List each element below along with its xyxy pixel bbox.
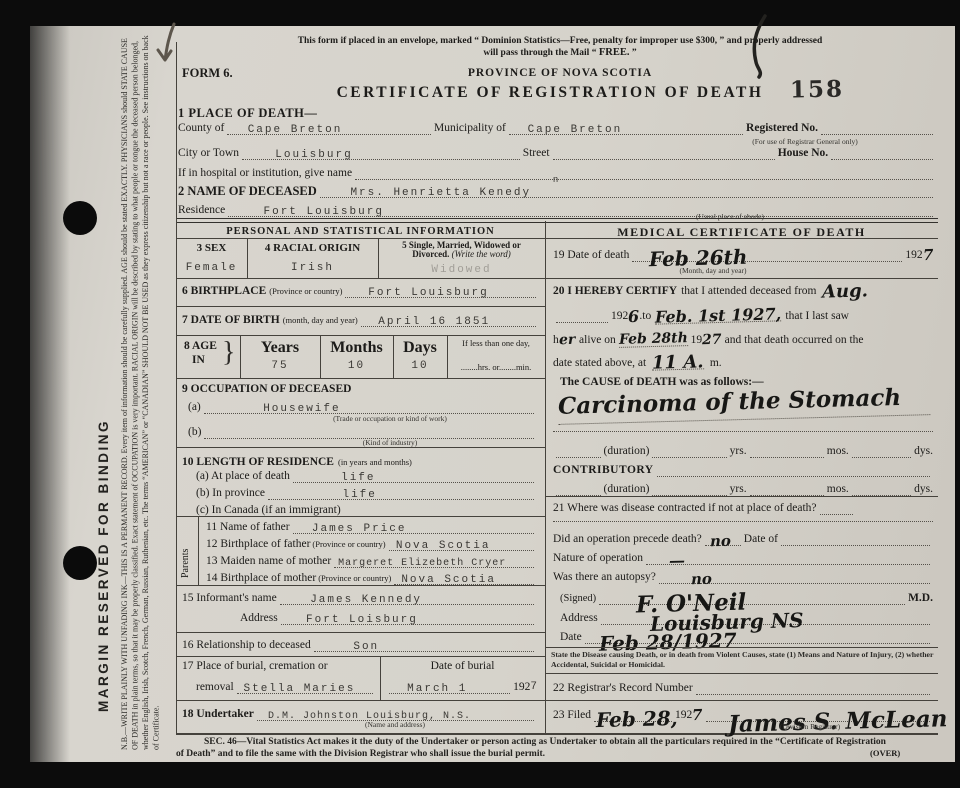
mail-notice-free: FREE. <box>599 47 630 58</box>
occupation-b-field <box>204 425 534 439</box>
relationship-label: 16 Relationship to deceased <box>182 639 311 652</box>
date-of-death-caption: (Month, day and year) <box>628 266 798 275</box>
father-birthplace-sublabel: (Province or country) <box>312 538 385 551</box>
residence-label: Residence <box>178 204 225 217</box>
residence-a-field: life <box>293 469 534 483</box>
residence-length-header: 10 LENGTH OF RESIDENCE (in years and mon… <box>182 452 412 470</box>
burial-year-printed: 192 <box>513 681 530 694</box>
less-than-day-label: If less than one day, <box>447 338 545 348</box>
row-line-674 <box>176 700 938 701</box>
row-line-606 <box>176 632 545 633</box>
dob-sublabel: (month, day and year) <box>283 314 358 327</box>
question21-label: 21 Where was disease contracted if not a… <box>553 502 817 515</box>
sec46-note: SEC. 46—Vital Statistics Act makes it th… <box>176 737 938 760</box>
burial-place-value: Stella Maries <box>244 683 356 696</box>
certify-year2-printed: 19 <box>691 334 703 347</box>
informant-address-field: Fort Loisburg <box>281 611 534 625</box>
years-value-text: 75 <box>271 360 288 372</box>
undertaker-row: 18 Undertaker D.M. Johnston Louisburg, N… <box>182 707 537 721</box>
county-label: County of <box>178 122 224 135</box>
physician-date-row: Date Feb 28/1927 <box>560 630 933 644</box>
duration2-label: (duration) <box>604 483 650 496</box>
mother-birthplace-sublabel: (Province or country) <box>318 572 391 585</box>
marital-value-text: Widowed <box>431 264 491 276</box>
father-birthplace-label: 12 Birthplace of father <box>206 538 310 551</box>
scanned-death-certificate: { "header": { "notice1": "This form if p… <box>0 0 960 788</box>
duration-row: (duration) yrs. mos. dys. <box>553 444 933 458</box>
burial-date-value: March 1 <box>407 683 467 696</box>
duration2-dots4 <box>852 482 911 496</box>
duration-dys-label: dys. <box>914 445 933 458</box>
street-label: Street <box>523 147 550 160</box>
duration2-yrs-label: yrs. <box>730 483 747 496</box>
occupation-a-label: (a) <box>188 401 201 414</box>
physician-date-label: Date <box>560 631 582 644</box>
certify-lastseen-date: Feb 28th <box>619 332 688 348</box>
certify-text2: that I last saw <box>785 310 849 323</box>
birthplace-sublabel: (Province or country) <box>269 285 342 298</box>
informant-value: James Kennedy <box>310 594 422 607</box>
operation-row: Did an operation precede death? no Date … <box>553 532 933 546</box>
filed-year-handwritten: 7 <box>692 709 703 722</box>
operation-date-field <box>781 532 930 546</box>
parents-divider <box>198 516 199 585</box>
duration-label: (duration) <box>604 445 650 458</box>
residence-c-row: (c) In Canada (if an immigrant) <box>196 503 537 517</box>
residence-b-row: (b) In province life <box>196 486 537 500</box>
residence-b-field: life <box>268 486 534 500</box>
municipality-field: Cape Breton <box>509 121 743 135</box>
contributory-row: CONTRIBUTORY <box>553 463 933 477</box>
occupation-b-row: (b) <box>188 425 537 439</box>
operation-label: Did an operation precede death? <box>553 533 702 546</box>
header-underline <box>176 238 938 239</box>
nature-field: — <box>646 551 930 565</box>
certify-text4: date stated above, at <box>553 357 646 370</box>
father-birthplace-value: Nova Scotia <box>396 540 491 553</box>
cause-extra-line <box>553 430 933 432</box>
signed-row: (Signed) F. O'Neil M.D. <box>560 591 933 605</box>
date-of-death-row: 19 Date of death Feb 26th 192 7 <box>553 248 933 262</box>
deceased-name-field: Mrs. Henrietta Kenedy n <box>320 184 933 198</box>
personal-info-header: PERSONAL AND STATISTICAL INFORMATION <box>176 226 545 237</box>
relationship-row: 16 Relationship to deceased Son <box>182 638 537 652</box>
informant-field: James Kennedy <box>280 591 534 605</box>
occupation-label: 9 OCCUPATION OF DECEASED <box>182 383 351 395</box>
death-year-printed: 192 <box>905 249 922 262</box>
question21-field <box>820 501 853 515</box>
residence-b-value: life <box>342 489 376 502</box>
city-row: City or Town Louisburg Street House No. <box>178 146 936 160</box>
nature-label: Nature of operation <box>553 552 643 565</box>
duration2-dys-label: dys. <box>914 483 933 496</box>
physician-address-field: Louisburg NS <box>601 611 930 625</box>
autopsy-row: Was there an autopsy? no <box>553 570 933 584</box>
date-of-death-value: Feb 26th <box>648 251 747 267</box>
autopsy-value: no <box>691 573 712 587</box>
age-brace: } <box>222 337 235 369</box>
residence-a-label: (a) At place of death <box>196 470 290 483</box>
mother-name-value: Margeret Elizebeth Cryer <box>338 557 506 570</box>
certify-year2-handwritten: 27 <box>702 334 722 348</box>
certify-line2-dots <box>556 309 608 323</box>
duration-dots1 <box>556 444 601 458</box>
signed-label: (Signed) <box>560 592 596 605</box>
operation-date-label: Date of <box>744 533 778 546</box>
relationship-field: Son <box>314 638 534 652</box>
margin-instructions-note: N.B.—WRITE PLAINLY WITH UNFADING INK—THI… <box>120 34 170 750</box>
autopsy-field: no <box>659 570 930 584</box>
residence-length-label: 10 LENGTH OF RESIDENCE <box>182 456 334 468</box>
sex-label: 3 SEX <box>176 242 247 254</box>
form-left-border <box>176 42 177 733</box>
residence-a-row: (a) At place of death life <box>196 469 537 483</box>
certificate-title: CERTIFICATE OF REGISTRATION OF DEATH <box>240 84 860 102</box>
physician-address-row: Address Louisburg NS <box>560 611 933 625</box>
city-field: Louisburg <box>242 146 520 160</box>
occupation-a-row: (a) Housewife <box>188 400 537 414</box>
sex-value: Female <box>176 257 247 275</box>
row-line-421 <box>176 447 545 448</box>
days-value-text: 10 <box>411 360 428 372</box>
row-line-630 <box>176 656 545 657</box>
age-label: 8 AGE <box>184 340 217 352</box>
certify-text1: that I attended deceased from <box>681 285 816 298</box>
row-line-252 <box>176 278 938 279</box>
mother-birthplace-row: 14 Birthplace of mother (Province or cou… <box>206 571 537 585</box>
burial-place-row: removal Stella Maries <box>196 680 376 694</box>
relationship-value: Son <box>353 641 379 654</box>
duration-dots2 <box>652 444 726 458</box>
county-row: County of Cape Breton Municipality of Ca… <box>178 121 936 135</box>
burial-label-line1: 17 Place of burial, cremation or <box>182 660 328 672</box>
informant-address-label: Address <box>240 612 278 625</box>
informant-label: 15 Informant's name <box>182 592 277 605</box>
deceased-name-correction: n <box>553 174 560 187</box>
injury-note: State the Disease causing Death, or in d… <box>551 650 935 669</box>
racial-origin-label: 4 RACIAL ORIGIN <box>247 242 378 254</box>
form-number: FORM 6. <box>182 66 233 81</box>
row-line-559 <box>176 585 545 586</box>
occupation-a-field: Housewife <box>204 400 534 414</box>
mail-notice-line2-prefix: will pass through the Mail “ <box>483 48 598 58</box>
question21-row: 21 Where was disease contracted if not a… <box>553 501 933 515</box>
burial-date-label: Date of burial <box>380 660 545 672</box>
mother-name-field: Margeret Elizebeth Cryer <box>334 554 534 568</box>
occupation-a-caption: (Trade or occupation or kind of work) <box>265 414 515 423</box>
municipality-label: Municipality of <box>434 122 506 135</box>
street-field <box>553 146 775 160</box>
birthplace-row: 6 BIRTHPLACE (Province or country) Fort … <box>182 284 539 298</box>
deceased-name-value: Mrs. Henrietta Kenedy <box>350 187 531 200</box>
months-value-text: 10 <box>348 360 365 372</box>
filed-row: 23 Filed Feb 28, 192 7 James S. McLean <box>553 708 933 722</box>
undertaker-caption: (Name and address) <box>305 720 485 729</box>
certify-alive-label: alive on <box>579 334 616 347</box>
duration-yrs-label: yrs. <box>730 445 747 458</box>
certify-hour-value: 11 A. <box>652 355 704 370</box>
deceased-name-label: 2 NAME OF DECEASED <box>178 185 317 198</box>
duration2-dots3 <box>750 482 824 496</box>
mail-notice-line1: This form if placed in an envelope, mark… <box>298 36 823 46</box>
racial-origin-value-text: Irish <box>291 262 334 274</box>
contributory-field <box>657 463 930 477</box>
mother-name-row: 13 Maiden name of mother Margeret Elizeb… <box>206 554 537 568</box>
burial-date-row: March 1 192 7 <box>386 680 539 694</box>
duration2-dots2 <box>652 482 726 496</box>
physician-address-label: Address <box>560 612 598 625</box>
father-name-field: James Price <box>293 520 534 534</box>
certify-line3: h er alive on Feb 28th 19 27 and that de… <box>553 333 935 347</box>
parents-label: Parents <box>180 524 191 578</box>
registrar-record-label: 22 Registrar's Record Number <box>553 682 693 695</box>
certify-line4: date stated above, at 11 A. m. <box>553 356 935 370</box>
undertaker-label: 18 Undertaker <box>182 708 254 721</box>
certify-year1-printed: 192 <box>611 310 628 323</box>
father-name-row: 11 Name of father James Price <box>206 520 537 534</box>
burial-date-field: March 1 <box>389 680 510 694</box>
registered-no-label: Registered No. <box>746 122 818 135</box>
father-name-label: 11 Name of father <box>206 521 290 534</box>
cause-of-death-label: The CAUSE of DEATH was as follows:— <box>560 376 764 388</box>
duration-dots3 <box>750 444 824 458</box>
sex-value-text: Female <box>186 262 238 274</box>
column-divider <box>545 221 546 733</box>
certify-h-printed: h <box>553 334 559 347</box>
county-value: Cape Breton <box>248 124 343 137</box>
father-name-value: James Price <box>312 523 407 536</box>
cause-bottom-line <box>545 496 938 497</box>
undertaker-field: D.M. Johnston Louisburg, N.S. <box>257 707 534 721</box>
cause-of-death-value: Carcinoma of the Stomach <box>558 383 931 425</box>
certificate-paper: MARGIN RESERVED FOR BINDING N.B.—WRITE P… <box>30 26 955 762</box>
registrar-record-field <box>696 681 930 695</box>
certify-year1-handwritten: 6 <box>628 310 639 323</box>
burial-year-typed: 7 <box>530 681 539 694</box>
autopsy-label: Was there an autopsy? <box>553 571 656 584</box>
hrs-min-label: ........hrs. or........min. <box>447 362 545 372</box>
residence-a-value: life <box>341 472 375 485</box>
mail-notice: This form if placed in an envelope, mark… <box>230 35 890 59</box>
certify-text3: and that death occurred on the <box>725 334 864 347</box>
certify-bold-label: 20 I HEREBY CERTIFY <box>553 285 677 298</box>
name-of-deceased-row: 2 NAME OF DECEASED Mrs. Henrietta Kenedy… <box>178 184 936 198</box>
filed-label: 23 Filed <box>553 709 591 722</box>
residence-b-label: (b) In province <box>196 487 265 500</box>
dob-label: 7 DATE OF BIRTH <box>182 314 280 327</box>
certify-to-date-value: Feb. 1st 1927, <box>655 307 782 324</box>
row-line-280 <box>176 306 545 307</box>
row-line-352 <box>176 378 545 379</box>
operation-field: no <box>705 532 741 546</box>
hospital-field <box>355 166 933 180</box>
date-of-death-label: 19 Date of death <box>553 249 629 262</box>
nature-value: — <box>669 554 685 567</box>
informant-row: 15 Informant's name James Kennedy <box>182 591 537 605</box>
division-registrar-caption: (Division Registrar) <box>730 722 890 731</box>
duration2-dots1 <box>556 482 601 496</box>
row-line-490 <box>176 516 545 517</box>
place-of-death-section-label: 1 PLACE OF DEATH— <box>178 106 317 121</box>
punch-hole-bottom <box>63 546 97 580</box>
marital-value: Widowed <box>378 259 545 277</box>
mother-name-label: 13 Maiden name of mother <box>206 555 331 568</box>
father-birthplace-field: Nova Scotia <box>389 537 534 551</box>
marital-write-word-label: (Write the word) <box>452 249 511 259</box>
marital-label-line2: Divorced. (Write the word) <box>378 249 545 259</box>
house-no-field <box>831 146 933 160</box>
days-value: 10 <box>393 355 447 373</box>
signed-field: F. O'Neil <box>599 591 905 605</box>
municipality-value: Cape Breton <box>528 124 623 137</box>
certify-m-label: m. <box>710 357 722 370</box>
injury-note-line <box>545 673 938 674</box>
row-line-309 <box>176 335 545 336</box>
filed-date-field: Feb 28, <box>594 708 672 722</box>
question21-extra-line <box>553 520 933 522</box>
dob-row: 7 DATE OF BIRTH (month, day and year) Ap… <box>182 313 539 327</box>
duration-mos-label: mos. <box>827 445 849 458</box>
occupation-b-label: (b) <box>188 426 201 439</box>
city-label: City or Town <box>178 147 239 160</box>
sec46-line2: of Death” and to file the same with the … <box>176 749 545 759</box>
physician-date-field: Feb 28/1927 <box>585 630 930 644</box>
mail-notice-line2-suffix: ” <box>629 48 636 58</box>
physician-date-value: Feb 28/1927 <box>598 634 736 651</box>
birthplace-value: Fort Louisburg <box>368 287 488 300</box>
sec46-line1: SEC. 46—Vital Statistics Act makes it th… <box>204 737 886 747</box>
certify-to-label: .to <box>639 310 651 323</box>
md-label: M.D. <box>908 592 933 605</box>
informant-address-row: Address Fort Loisburg <box>240 611 537 625</box>
burial-removal-label: removal <box>196 681 234 694</box>
age-in-label: IN <box>192 354 205 366</box>
handwritten-arrow-mark <box>150 22 182 68</box>
signature-bottom-line <box>545 647 938 648</box>
informant-address-value: Fort Loisburg <box>306 614 418 627</box>
registrar-record-row: 22 Registrar's Record Number <box>553 681 933 695</box>
duration2-row: (duration) yrs. mos. dys. <box>553 482 933 496</box>
nature-row: Nature of operation — <box>553 551 933 565</box>
birthplace-label: 6 BIRTHPLACE <box>182 285 266 298</box>
certify-er-handwritten: er <box>559 334 576 347</box>
province-heading: PROVINCE OF NOVA SCOTIA <box>360 67 760 79</box>
occupation-b-caption: (Kind of industry) <box>300 438 480 447</box>
months-value: 10 <box>320 355 393 373</box>
marital-divorced-label: Divorced. <box>412 249 449 259</box>
house-no-label: House No. <box>778 147 828 160</box>
birthplace-field: Fort Louisburg <box>345 284 536 298</box>
punch-hole-top <box>63 201 97 235</box>
duration-dots4 <box>852 444 911 458</box>
contributory-label: CONTRIBUTORY <box>553 464 654 477</box>
margin-binding-label: MARGIN RESERVED FOR BINDING <box>96 382 111 712</box>
residence-length-sublabel: (in years and months) <box>338 457 412 467</box>
certify-line1: 20 I HEREBY CERTIFY that I attended dece… <box>553 285 935 298</box>
mother-birthplace-label: 14 Birthplace of mother <box>206 572 316 585</box>
registrar-signature-field: James S. McLean <box>706 708 930 722</box>
operation-value: no <box>710 535 731 549</box>
county-field: Cape Breton <box>227 121 431 135</box>
residence-c-field <box>344 503 534 517</box>
dob-field: April 16 1851 <box>361 313 536 327</box>
years-value: 75 <box>240 355 320 373</box>
duration2-mos-label: mos. <box>827 483 849 496</box>
father-birthplace-row: 12 Birthplace of father (Province or cou… <box>206 537 537 551</box>
registered-no-field <box>821 121 933 135</box>
certify-from-value: Aug. <box>822 284 868 298</box>
racial-origin-value: Irish <box>247 257 378 275</box>
filed-date-value: Feb 28, <box>595 712 677 727</box>
dob-value: April 16 1851 <box>378 316 490 329</box>
hospital-label: If in hospital or institution, give name <box>178 167 352 180</box>
burial-place-field: Stella Maries <box>237 680 373 694</box>
registered-no-caption: (For use of Registrar General only) <box>670 137 940 146</box>
mother-birthplace-field: Nova Scotia <box>394 571 534 585</box>
death-year-handwritten: 7 <box>922 249 933 262</box>
over-label: (OVER) <box>870 748 900 758</box>
certify-line2: 192 6 .to Feb. 1st 1927, that I last saw <box>553 309 935 323</box>
city-value: Louisburg <box>275 149 352 162</box>
date-of-death-field: Feb 26th <box>632 248 902 262</box>
double-rule <box>176 218 938 223</box>
